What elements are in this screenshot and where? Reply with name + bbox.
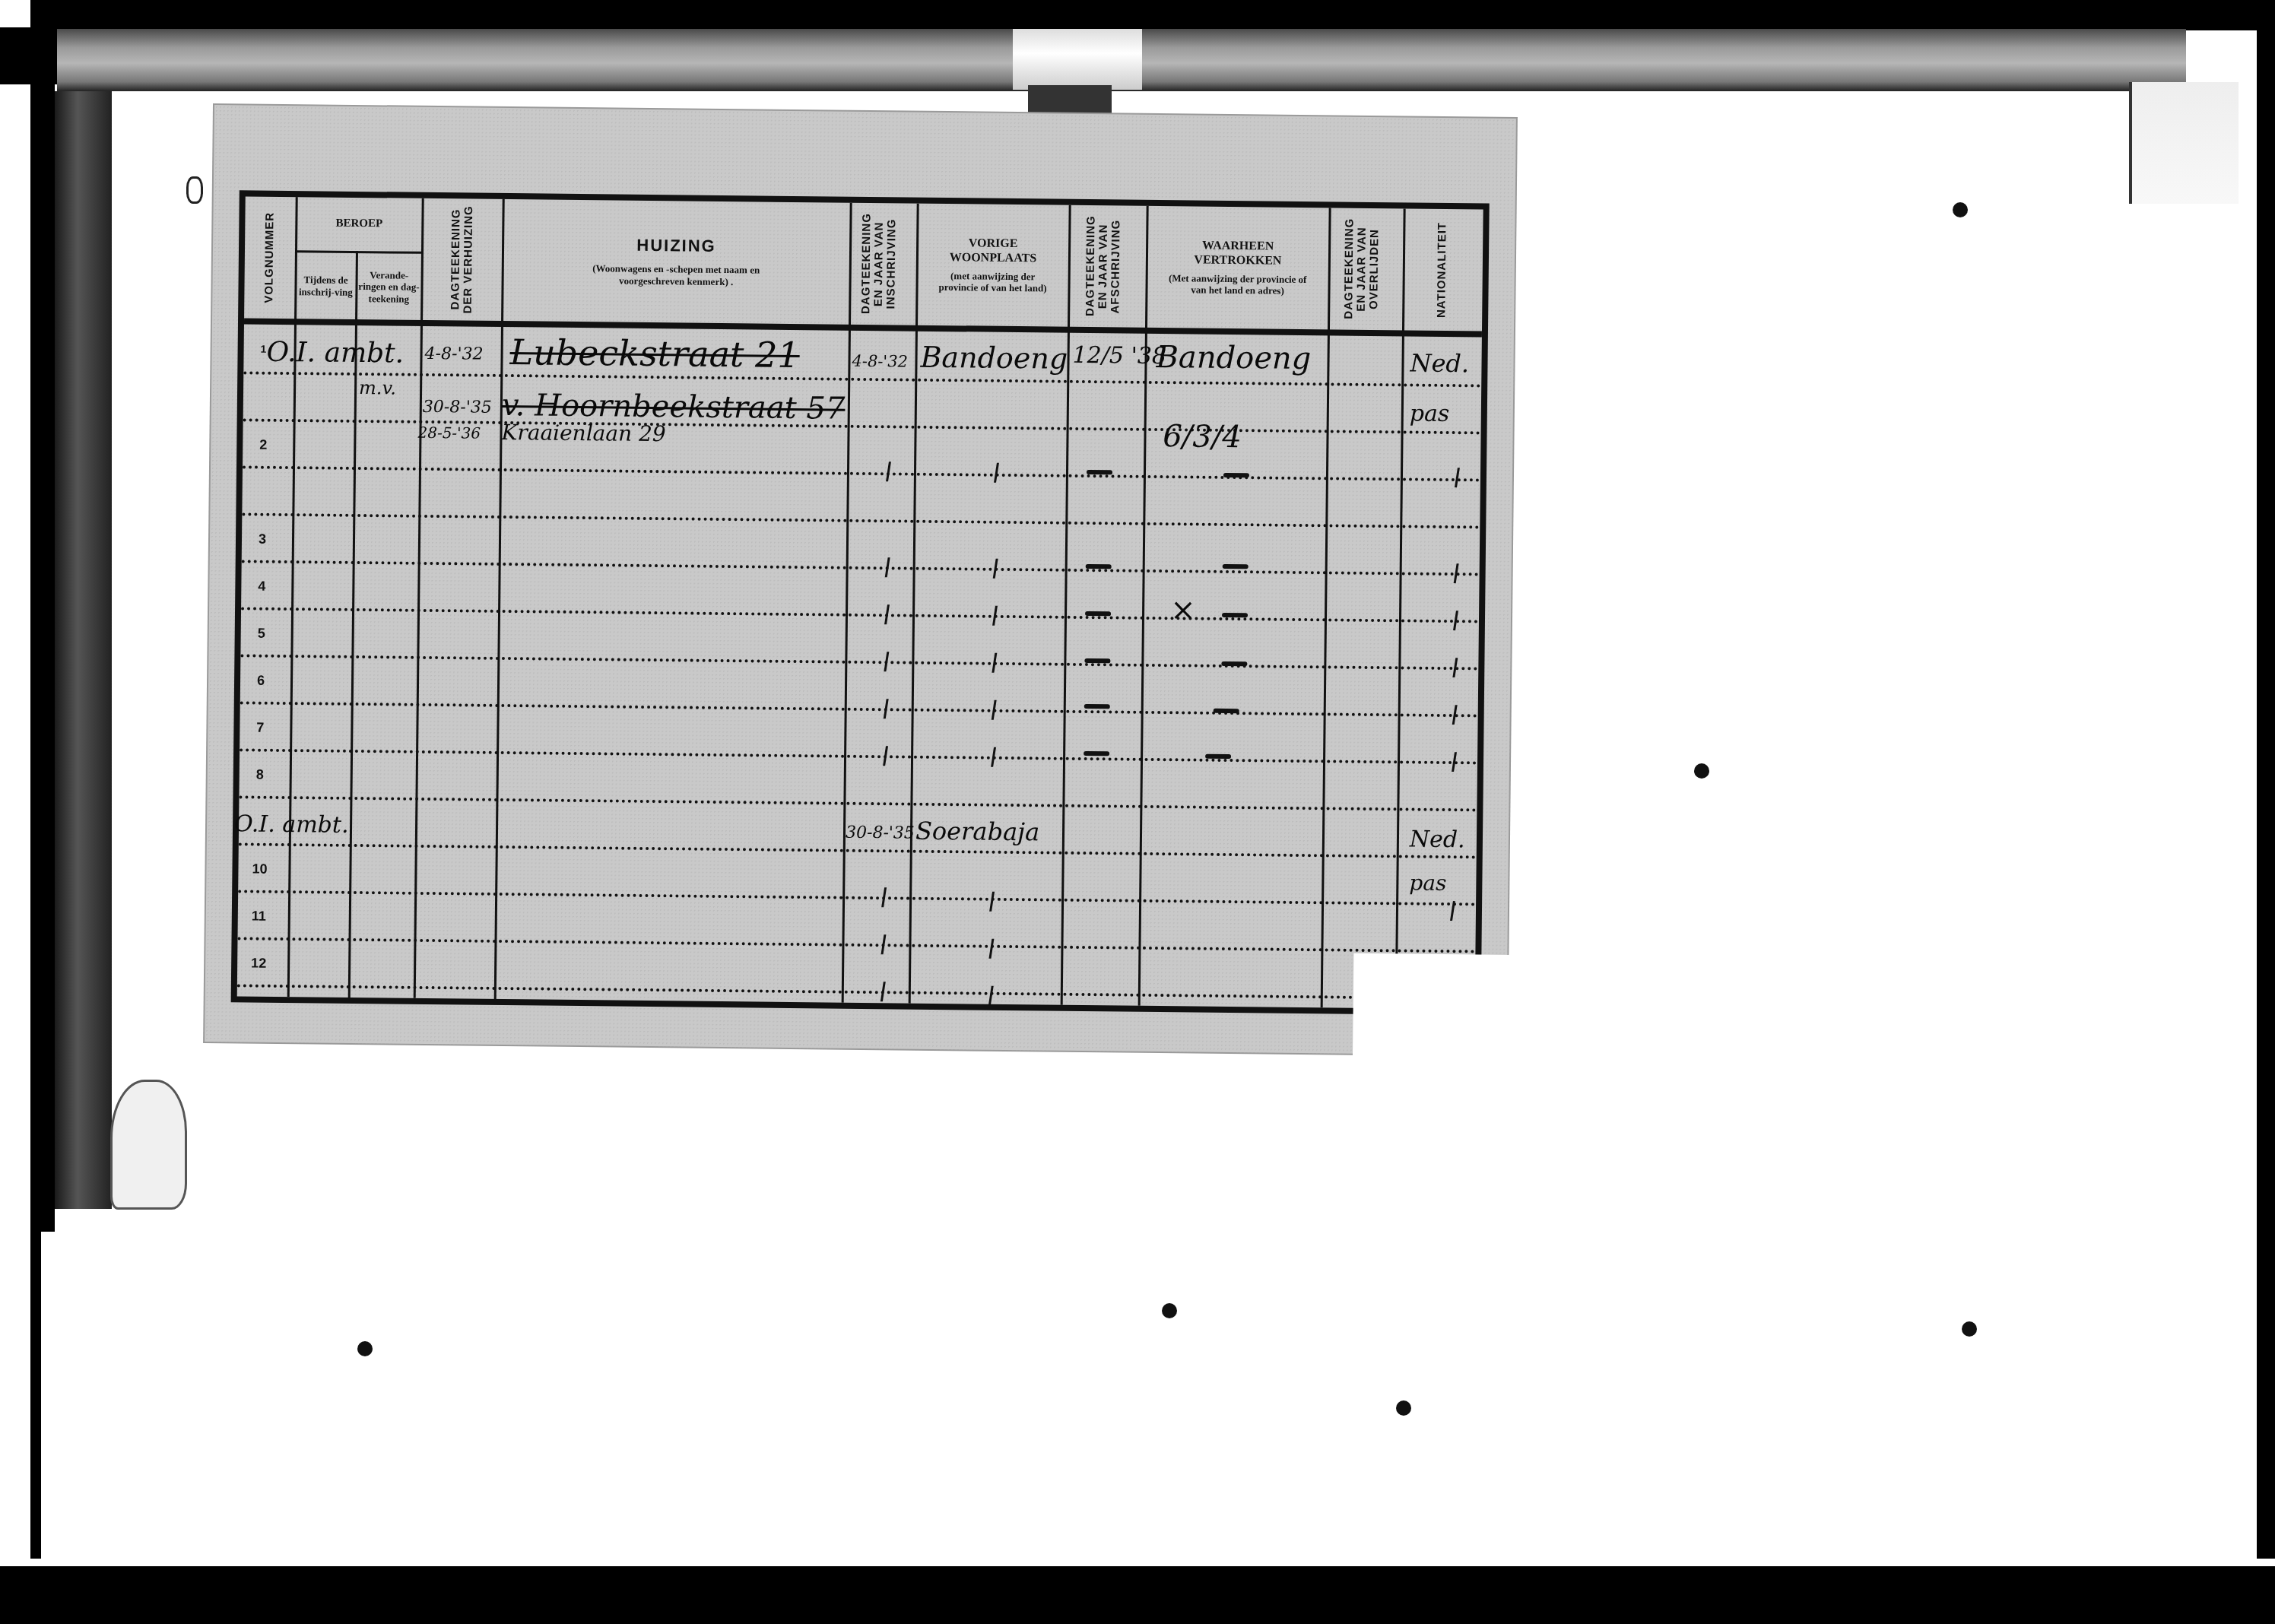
- film-border-right: [2257, 0, 2275, 1559]
- row-line: [240, 748, 1477, 764]
- header-dagteekening-afschrijving-text: DAGTEEKENING EN JAAR VAN AFSCHRIJVING: [1084, 205, 1131, 328]
- dash-mark: [1221, 661, 1247, 666]
- row-line: [240, 701, 1478, 717]
- entry-verhuizing-date: 28-5-'36: [417, 423, 481, 442]
- entry-verhuizing-date: 30-8-'35: [423, 398, 492, 417]
- ditto-mark: [988, 986, 994, 1006]
- entry-waarheen-note: 6/3/4: [1163, 419, 1242, 455]
- register-table: VOLGNUMMER BEROEP Tijdens de inschrij-vi…: [231, 190, 1490, 1015]
- header-waarheen-sub: (Met aanwijzing der provincie of van het…: [1161, 272, 1313, 297]
- header-huizing-sub: (Woonwagens en -schepen met naam en voor…: [562, 262, 790, 288]
- row-number: 2: [259, 437, 267, 453]
- entry-inschrijving-date: 4-8-'32: [852, 352, 908, 371]
- speck: [1396, 1400, 1411, 1416]
- entry-nationaliteit: Ned.: [1410, 348, 1469, 378]
- header-dagteekening-verhuizing: DAGTEEKENING DER VERHUIZING: [422, 198, 503, 321]
- speck: [1953, 202, 1968, 217]
- entry-verhuizing-date: 4-8-'32: [424, 344, 483, 364]
- row-number: 6: [257, 673, 265, 689]
- header-vorige-woonplaats-sub: (met aanwijzing der provincie of van het…: [935, 270, 1049, 295]
- entry-beroep: O.I. ambt.: [234, 810, 349, 839]
- row-number: 7: [256, 720, 264, 736]
- ditto-mark: [1455, 468, 1460, 487]
- header-volgnummer: VOLGNUMMER: [244, 196, 296, 319]
- mounting-clip: [1013, 29, 1142, 90]
- header-dagteekening-overlijden-text: DAGTEEKENING EN JAAR VAN OVERLIJDEN: [1343, 208, 1390, 331]
- row-number: 12: [251, 956, 266, 972]
- entry-waarheen: Bandoeng: [1156, 340, 1311, 376]
- cross-mark: ×: [1170, 592, 1196, 627]
- dash-mark: [1085, 611, 1111, 616]
- entry-nationaliteit-pas: pas: [1410, 400, 1450, 427]
- row-line: [237, 937, 1475, 953]
- dash-mark: [1086, 564, 1112, 569]
- row-number: 5: [258, 626, 265, 642]
- row-line: [243, 465, 1480, 481]
- header-waarheen: WAARHEEN VERTROKKEN (Met aanwijzing der …: [1147, 206, 1329, 329]
- entry-beroep-change: m.v.: [359, 377, 396, 399]
- header-dagteekening-verhuizing-text: DAGTEEKENING DER VERHUIZING: [449, 198, 476, 320]
- header-volgnummer-text: VOLGNUMMER: [263, 212, 277, 303]
- ditto-mark: [988, 939, 994, 959]
- header-beroep-veranderingen: Verande-ringen en dag-teekening: [357, 254, 421, 320]
- row-number: 4: [258, 579, 265, 595]
- dash-mark: [1223, 564, 1249, 569]
- dash-mark: [1223, 473, 1249, 477]
- row-line: [242, 512, 1480, 528]
- entry-nationaliteit-pas: pas: [1409, 871, 1446, 896]
- entry-vorige-woonplaats: Bandoeng: [920, 341, 1068, 376]
- header-nationaliteit: NATIONALITEIT: [1404, 208, 1481, 331]
- row-line: [239, 842, 1477, 858]
- header-nationaliteit-text: NATIONALITEIT: [1436, 222, 1449, 318]
- dash-mark: [1084, 751, 1109, 756]
- row-line: [241, 607, 1479, 623]
- row-line: [238, 890, 1476, 906]
- speck: [1962, 1321, 1977, 1337]
- registration-card: VOLGNUMMER BEROEP Tijdens de inschrij-vi…: [205, 105, 1516, 1055]
- dash-mark: [1205, 754, 1231, 759]
- film-border-left-lower: [30, 1232, 41, 1559]
- speck: [1162, 1303, 1177, 1318]
- entry-vorige-woonplaats: Soerabaja: [915, 817, 1039, 847]
- header-dagteekening-overlijden: DAGTEEKENING EN JAAR VAN OVERLIJDEN: [1329, 208, 1404, 330]
- ditto-mark: [886, 462, 891, 481]
- card-torn-corner: [1353, 953, 1513, 1061]
- entry-huizing-address: Lubeckstraat 21: [509, 331, 800, 376]
- header-waarheen-title: WAARHEEN VERTROKKEN: [1188, 239, 1287, 269]
- entry-beroep: O.I. ambt.: [266, 337, 404, 370]
- dash-mark: [1084, 704, 1110, 709]
- film-border-bottom: [0, 1566, 2275, 1624]
- row-number: 11: [252, 909, 266, 925]
- film-border-left: [30, 0, 55, 1232]
- header-huizing: HUIZING (Woonwagens en -schepen met naam…: [503, 199, 850, 325]
- row-number: 8: [256, 767, 264, 783]
- entry-afschrijving-date: 12/5 '38: [1072, 342, 1166, 370]
- ditto-mark: [989, 892, 995, 912]
- dash-mark: [1222, 613, 1248, 617]
- header-huizing-title: HUIZING: [636, 236, 716, 256]
- table-header: VOLGNUMMER BEROEP Tijdens de inschrij-vi…: [244, 196, 1483, 337]
- header-dagteekening-inschrijving: DAGTEEKENING EN JAAR VAN INSCHRIJVING: [850, 203, 917, 325]
- row-line: [237, 984, 1475, 1000]
- row-number: 1: [261, 343, 267, 355]
- row-number: 3: [259, 531, 266, 547]
- header-vorige-woonplaats: VORIGE WOONPLAATS (met aanwijzing der pr…: [917, 204, 1069, 327]
- row-number: 10: [252, 861, 267, 877]
- dash-mark: [1084, 658, 1110, 663]
- dash-mark: [1087, 470, 1112, 474]
- header-vorige-woonplaats-title: VORIGE WOONPLAATS: [947, 236, 1039, 266]
- entry-inschrijving-date: 30-8-'35: [846, 823, 915, 843]
- entry-nationaliteit: Ned.: [1410, 826, 1465, 854]
- dash-mark: [1214, 709, 1239, 713]
- header-beroep: BEROEP: [297, 197, 422, 250]
- row-line: [240, 654, 1478, 670]
- row-line: [239, 795, 1477, 811]
- tape-remnant: [110, 1080, 187, 1210]
- film-border-top: [30, 0, 2275, 30]
- entry-huizing-address: Kraaienlaan 29: [501, 420, 665, 446]
- mounting-tab-right: [2129, 82, 2239, 204]
- mounting-strip-left: [55, 91, 112, 1209]
- tape-fragment: [186, 176, 203, 204]
- speck: [1694, 763, 1709, 779]
- header-beroep-tijdens: Tijdens de inschrij-ving: [296, 253, 356, 319]
- row-line: [242, 560, 1480, 576]
- ditto-mark: [994, 463, 999, 483]
- speck: [357, 1341, 373, 1356]
- header-dagteekening-inschrijving-text: DAGTEEKENING EN JAAR VAN INSCHRIJVING: [860, 203, 907, 325]
- header-dagteekening-afschrijving: DAGTEEKENING EN JAAR VAN AFSCHRIJVING: [1069, 205, 1147, 328]
